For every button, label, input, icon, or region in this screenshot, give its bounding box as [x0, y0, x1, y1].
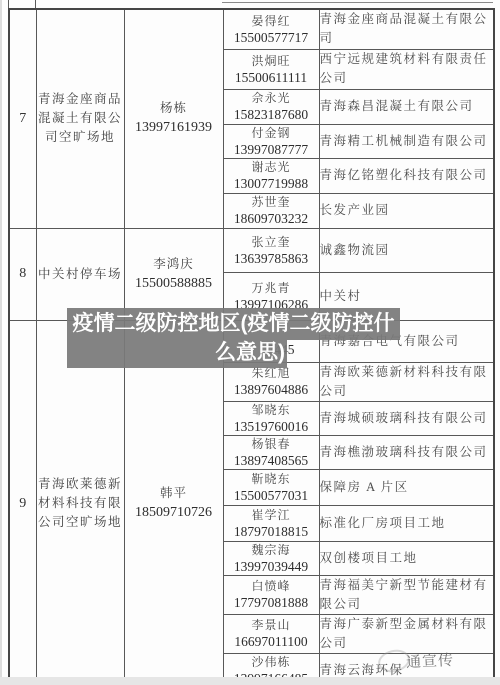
company-cell: 西宁远规建筑材料有限责任公司: [319, 49, 494, 89]
person-name: 苏世奎: [224, 194, 319, 210]
person-phone: 15823187680: [224, 106, 319, 123]
person-cell: 洪烔旺15500611111: [223, 49, 319, 89]
person-name: 杨银春: [224, 436, 319, 452]
person-name: 李景山: [224, 617, 319, 633]
contact-phone: 15500588885: [125, 274, 223, 294]
contact-name: 杨栋: [125, 99, 223, 118]
row-number-cell: 7: [9, 9, 36, 228]
person-cell: 崔学江18797018815: [223, 505, 319, 541]
person-phone: 13007719988: [224, 175, 319, 192]
person-phone: 18609703232: [224, 210, 319, 227]
person-name: 晏得红: [224, 13, 319, 29]
person-cell: 邹晓东13519760016: [223, 401, 319, 435]
person-phone: 13997039449: [224, 558, 319, 575]
entry-row: 8中关村停车场李鸿庆15500588885张立奎13639785863诚鑫物流园: [9, 228, 494, 272]
contact-cell: 李鸿庆15500588885: [124, 228, 223, 320]
person-cell: 苏世奎18609703232: [223, 193, 319, 228]
company-cell: 青海福美宁新型节能建材有限公司: [319, 575, 494, 614]
person-name: 佘永光: [224, 90, 319, 106]
headline-line1: 疫情二级防控地区(疫情二级防控什: [67, 308, 400, 340]
company-cell: 青海樵渤玻璃科技有限公司: [319, 435, 494, 469]
location-cell: 青海金座商品混凝土有限公司空旷场地: [36, 9, 124, 228]
contact-phone: 18509710726: [125, 503, 223, 523]
person-name: 付金钢: [224, 125, 319, 141]
person-name: 谢志光: [224, 159, 319, 175]
person-phone: 13519760016: [224, 418, 319, 435]
person-phone: 15500577717: [224, 29, 319, 46]
scanned-document-page: 7青海金座商品混凝土有限公司空旷场地杨栋13997161939晏得红155005…: [0, 0, 500, 685]
headline-line2: 么意思): [67, 340, 287, 368]
person-name: 邹晓东: [224, 402, 319, 418]
company-cell: 诚鑫物流园: [319, 228, 494, 272]
person-cell: 佘永光15823187680: [223, 89, 319, 124]
person-name: 靳晓东: [224, 471, 319, 487]
person-cell: 白愤峰17797081888: [223, 575, 319, 614]
scan-left-edge: [0, 0, 2, 685]
company-cell: 保障房 A 片区: [319, 469, 494, 505]
person-phone: 13639785863: [224, 250, 319, 267]
person-phone: 16697011100: [224, 633, 319, 650]
company-cell: 青海亿铭塑化科技有限公司: [319, 158, 494, 193]
company-cell: 双创楼项目工地: [319, 541, 494, 575]
person-phone: 13897408565: [224, 452, 319, 469]
person-name: 崔学江: [224, 507, 319, 523]
company-cell: 标准化厂房项目工地: [319, 505, 494, 541]
company-cell: 青海精工机械制造有限公司: [319, 124, 494, 158]
person-name: 魏宗海: [224, 542, 319, 558]
location-cell: 青海欧莱德新材料科技有限公司空旷场地: [36, 320, 124, 685]
person-cell: 张立奎13639785863: [223, 228, 319, 272]
person-cell: 付金钢13997087777: [223, 124, 319, 158]
person-name: 张立奎: [224, 234, 319, 250]
company-cell: 青海金座商品混凝土有限公司: [319, 9, 494, 49]
row-number-cell: 9: [9, 320, 36, 685]
person-phone: 13897604886: [224, 381, 319, 398]
person-cell: 谢志光13007719988: [223, 158, 319, 193]
company-cell: 青海城硕玻璃科技有限公司: [319, 401, 494, 435]
person-cell: 杨银春13897408565: [223, 435, 319, 469]
company-cell: 长发产业园: [319, 193, 494, 228]
person-phone: 15500611111: [224, 69, 319, 86]
location-cell: 中关村停车场: [36, 228, 124, 320]
person-name: 万兆青: [224, 280, 319, 296]
person-name: 白愤峰: [224, 578, 319, 594]
person-phone: 18797018815: [224, 523, 319, 540]
watermark-text: 通宣传: [405, 649, 454, 672]
company-cell: 青海广泰新型金属材料有限公司: [319, 614, 494, 653]
person-cell: 晏得红15500577717: [223, 9, 319, 49]
person-name: 洪烔旺: [224, 53, 319, 69]
person-cell: 靳晓东15500577031: [223, 469, 319, 505]
cutoff-row-border-top: [222, 2, 493, 3]
entry-row: 7青海金座商品混凝土有限公司空旷场地杨栋13997161939晏得红155005…: [9, 9, 494, 49]
headline-overlay: 疫情二级防控地区(疫情二级防控什 么意思): [67, 308, 400, 368]
contact-name: 李鸿庆: [125, 255, 223, 274]
contact-name: 韩平: [125, 484, 223, 503]
scan-bottom-margin: [0, 677, 500, 685]
person-cell: 魏宗海13997039449: [223, 541, 319, 575]
contact-phone: 13997161939: [125, 118, 223, 138]
person-phone: 17797081888: [224, 594, 319, 611]
company-cell: 青海森昌混凝土有限公司: [319, 89, 494, 124]
contact-cell: 杨栋13997161939: [124, 9, 223, 228]
person-phone: 13997087777: [224, 141, 319, 158]
person-cell: 李景山16697011100: [223, 614, 319, 653]
contact-cell: 韩平18509710726: [124, 320, 223, 685]
person-name: 沙伟栋: [224, 654, 319, 670]
row-number-cell: 8: [9, 228, 36, 320]
person-phone: 15500577031: [224, 487, 319, 504]
